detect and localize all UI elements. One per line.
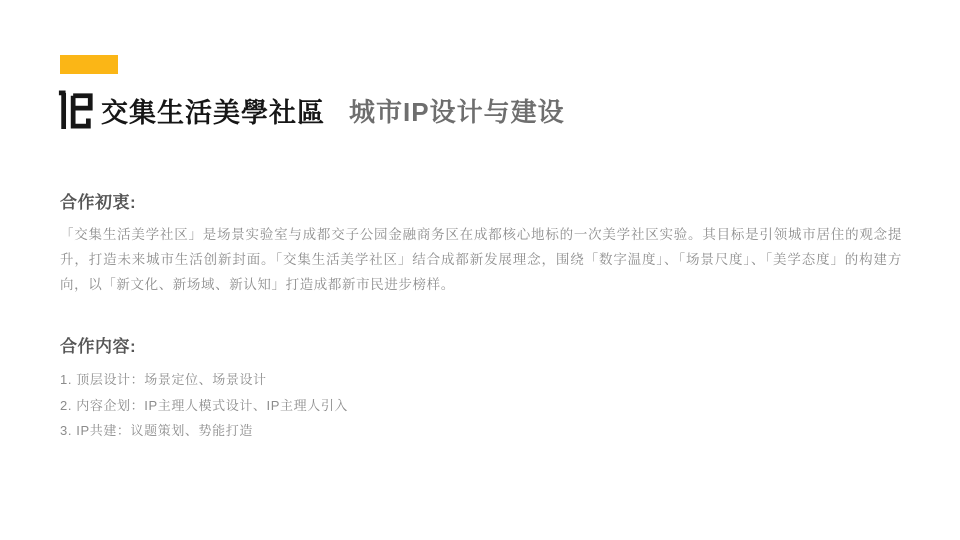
list-item: 3. IP共建：议题策划、势能打造 — [60, 418, 902, 444]
page-title: 城市IP设计与建设 — [349, 92, 565, 129]
list-item: 2. 内容企划：IP主理人模式设计、IP主理人引入 — [60, 393, 902, 419]
header: 交集生活美學社區 城市IP设计与建设 — [57, 88, 565, 132]
list-item: 1. 顶层设计：场景定位、场景设计 — [60, 367, 902, 393]
purpose-heading: 合作初衷: — [60, 188, 902, 213]
brand-name: 交集生活美學社區 — [101, 91, 325, 130]
section-content: 合作内容: 1. 顶层设计：场景定位、场景设计 2. 内容企划：IP主理人模式设… — [60, 332, 902, 444]
brand-logo-icon — [57, 89, 95, 131]
accent-bar — [60, 55, 118, 74]
presentation-slide: 交集生活美學社區 城市IP设计与建设 合作初衷: 「交集生活美学社区」是场景实验… — [0, 0, 960, 540]
purpose-body: 「交集生活美学社区」是场景实验室与成都交子公园金融商务区在成都核心地标的一次美学… — [60, 222, 902, 297]
content-heading: 合作内容: — [60, 332, 902, 357]
section-purpose: 合作初衷: 「交集生活美学社区」是场景实验室与成都交子公园金融商务区在成都核心地… — [60, 188, 902, 297]
content-item-list: 1. 顶层设计：场景定位、场景设计 2. 内容企划：IP主理人模式设计、IP主理… — [60, 367, 902, 444]
